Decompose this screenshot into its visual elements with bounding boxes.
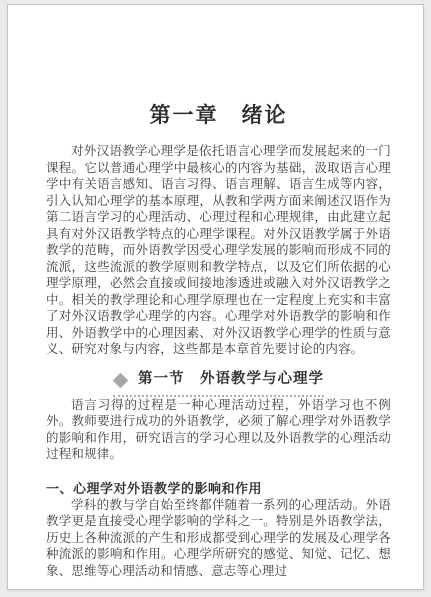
viewer-background: 第一章 绪论 对外汉语教学心理学是依托语言心理学而发展起来的一门课程。它以普通心… [0,0,431,597]
intro-paragraph: 对外汉语教学心理学是依托语言心理学而发展起来的一门课程。它以普通心理学中最核心的… [46,143,391,358]
section-intro-paragraph: 语言习得的过程是一种心理活动过程，外语学习也不例外。教师要进行成功的外语教学，必… [46,397,391,463]
section-heading-label: 第一节 外语教学与心理学 [138,371,324,387]
subsection-paragraph: 学科的教与学自始至终都伴随着一系列的心理活动。外语教学更是直接受心理学影响的学科… [46,497,391,580]
book-page: 第一章 绪论 对外汉语教学心理学是依托语言心理学而发展起来的一门课程。它以普通心… [7,4,424,590]
diamond-icon [113,372,129,388]
section-heading: 第一节 外语教学与心理学 [113,367,324,397]
subsection-heading: 一、心理学对外语教学的影响和作用 [46,480,391,497]
section-heading-block: 第一节 外语教学与心理学 [46,367,391,397]
page-content: 第一章 绪论 对外汉语教学心理学是依托语言心理学而发展起来的一门课程。它以普通心… [8,101,423,579]
chapter-title: 第一章 绪论 [46,101,391,129]
